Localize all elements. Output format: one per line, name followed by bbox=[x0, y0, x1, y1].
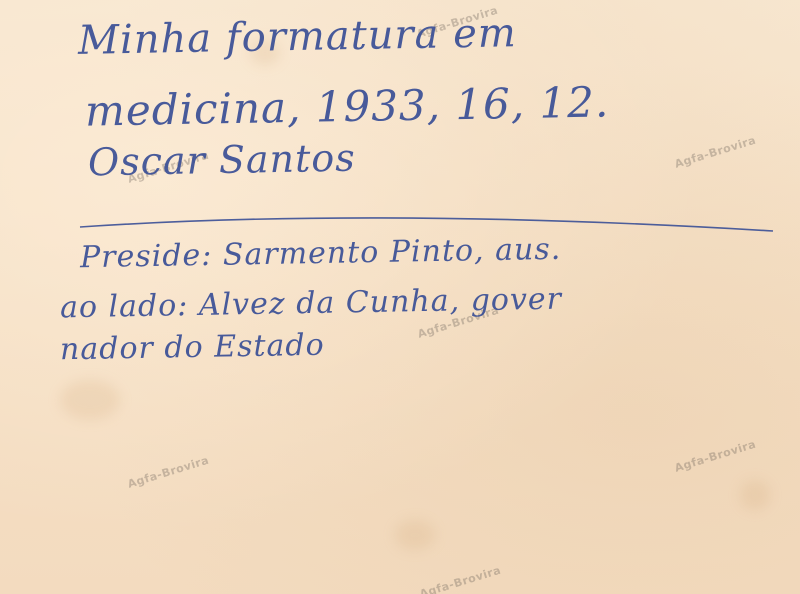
inscription-line-2-date: medicina, 1933, 16, 12. bbox=[85, 77, 610, 135]
inscription-line-6: nador do Estado bbox=[60, 328, 325, 368]
paper-stain bbox=[395, 520, 435, 550]
underline-divider bbox=[78, 205, 778, 235]
paper-stain bbox=[740, 480, 770, 510]
paper-stain bbox=[60, 380, 120, 420]
signature: Oscar Santos bbox=[88, 136, 356, 185]
inscription-line-1: Minha formatura em bbox=[78, 10, 517, 64]
